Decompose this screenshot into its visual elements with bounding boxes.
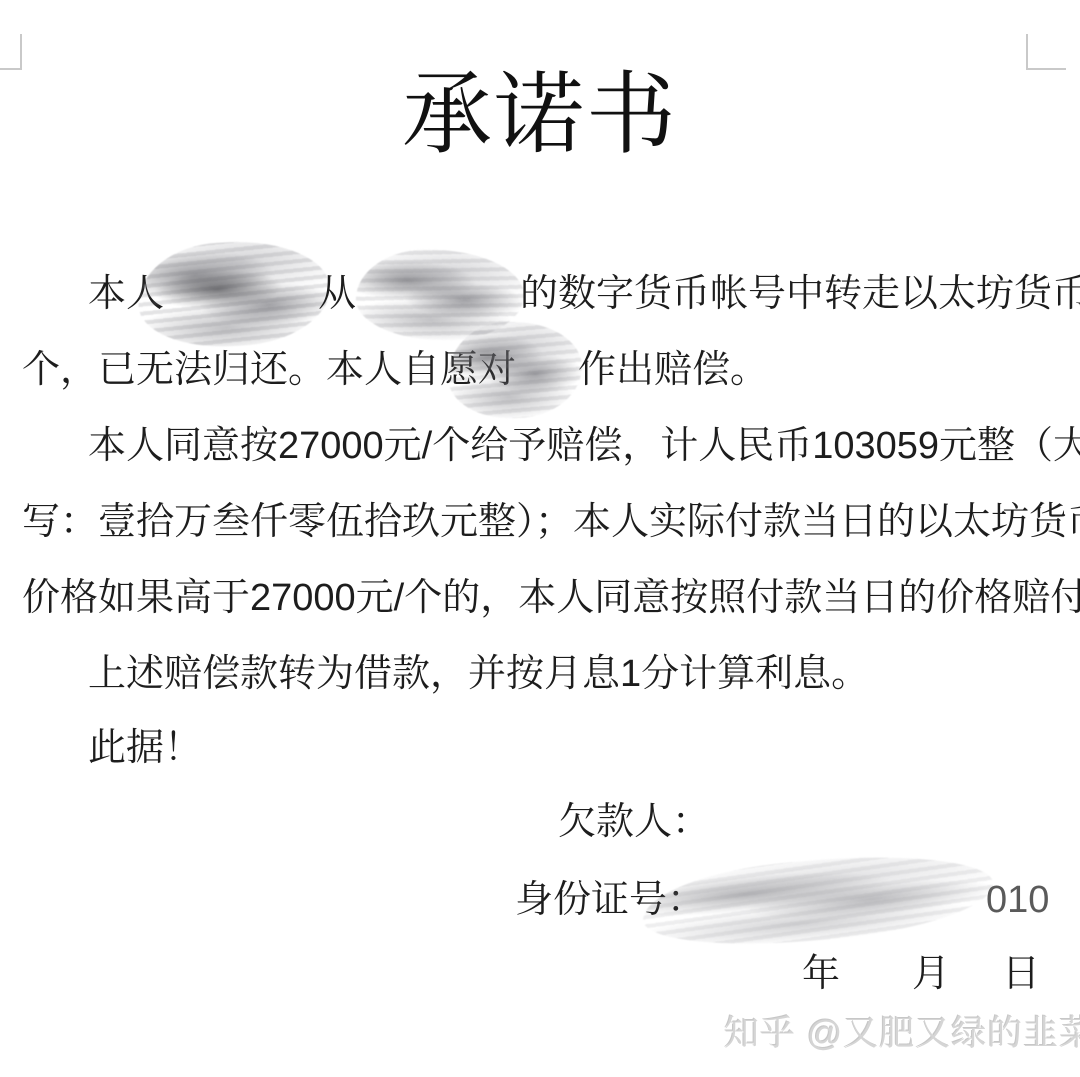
date-line: 年 月 日 xyxy=(0,952,1080,1004)
body-line-4: 写：壹拾万叁仟零伍拾玖元整）；本人实际付款当日的以太坊货币 xyxy=(0,500,1080,552)
zhihu-watermark: 知乎 @又肥又绿的韭菜 xyxy=(724,1006,1080,1056)
body-line-6: 上述赔偿款转为借款，并按月息1分计算利息。 xyxy=(0,652,1080,704)
body-line-2: 个，已无法归还。本人自愿对 作出赔偿。 xyxy=(0,348,1080,400)
body-text: 价格如果高于27000元/个的，本人同意按照付款当日的价格赔付。 xyxy=(22,576,1080,622)
body-text: 作出赔偿。 xyxy=(578,348,768,394)
closing-text: 此据！ xyxy=(88,726,202,772)
body-text: 上述赔偿款转为借款，并按月息1分计算利息。 xyxy=(88,652,869,698)
document-title: 承诺书 xyxy=(0,64,1080,168)
signer-label: 欠款人： xyxy=(558,800,710,846)
body-line-7: 此据！ xyxy=(0,726,1080,778)
body-text: 本人同意按27000元/个给予赔偿，计人民币103059元整（大 xyxy=(88,424,1080,470)
body-line-1: 本人 从 的数字货币帐号中转走以太坊货币3.81 xyxy=(0,272,1080,324)
redaction-scribble-id-number xyxy=(639,845,997,955)
body-line-5: 价格如果高于27000元/个的，本人同意按照付款当日的价格赔付。 xyxy=(0,576,1080,628)
date-month-label: 月 xyxy=(912,952,950,998)
scanned-commitment-letter: 承诺书 本人 从 的数字货币帐号中转走以太坊货币3.81 个，已无法归还。本人自… xyxy=(0,0,1080,1077)
id-number-line: 身份证号： 010 xyxy=(0,878,1080,930)
body-text: 个，已无法归还。本人自愿对 xyxy=(22,348,516,394)
body-text: 写：壹拾万叁仟零伍拾玖元整）；本人实际付款当日的以太坊货币 xyxy=(22,500,1080,546)
body-text: 的数字货币帐号中转走以太坊货币3.81 xyxy=(520,272,1080,318)
signer-line: 欠款人： xyxy=(0,800,1080,852)
date-year-label: 年 xyxy=(802,952,840,998)
redaction-scribble-name-1 xyxy=(135,237,332,351)
id-visible-digits: 010 xyxy=(986,878,1049,924)
body-text: 从 xyxy=(318,272,356,318)
date-day-label: 日 xyxy=(1002,952,1040,998)
body-line-3: 本人同意按27000元/个给予赔偿，计人民币103059元整（大 xyxy=(0,424,1080,476)
